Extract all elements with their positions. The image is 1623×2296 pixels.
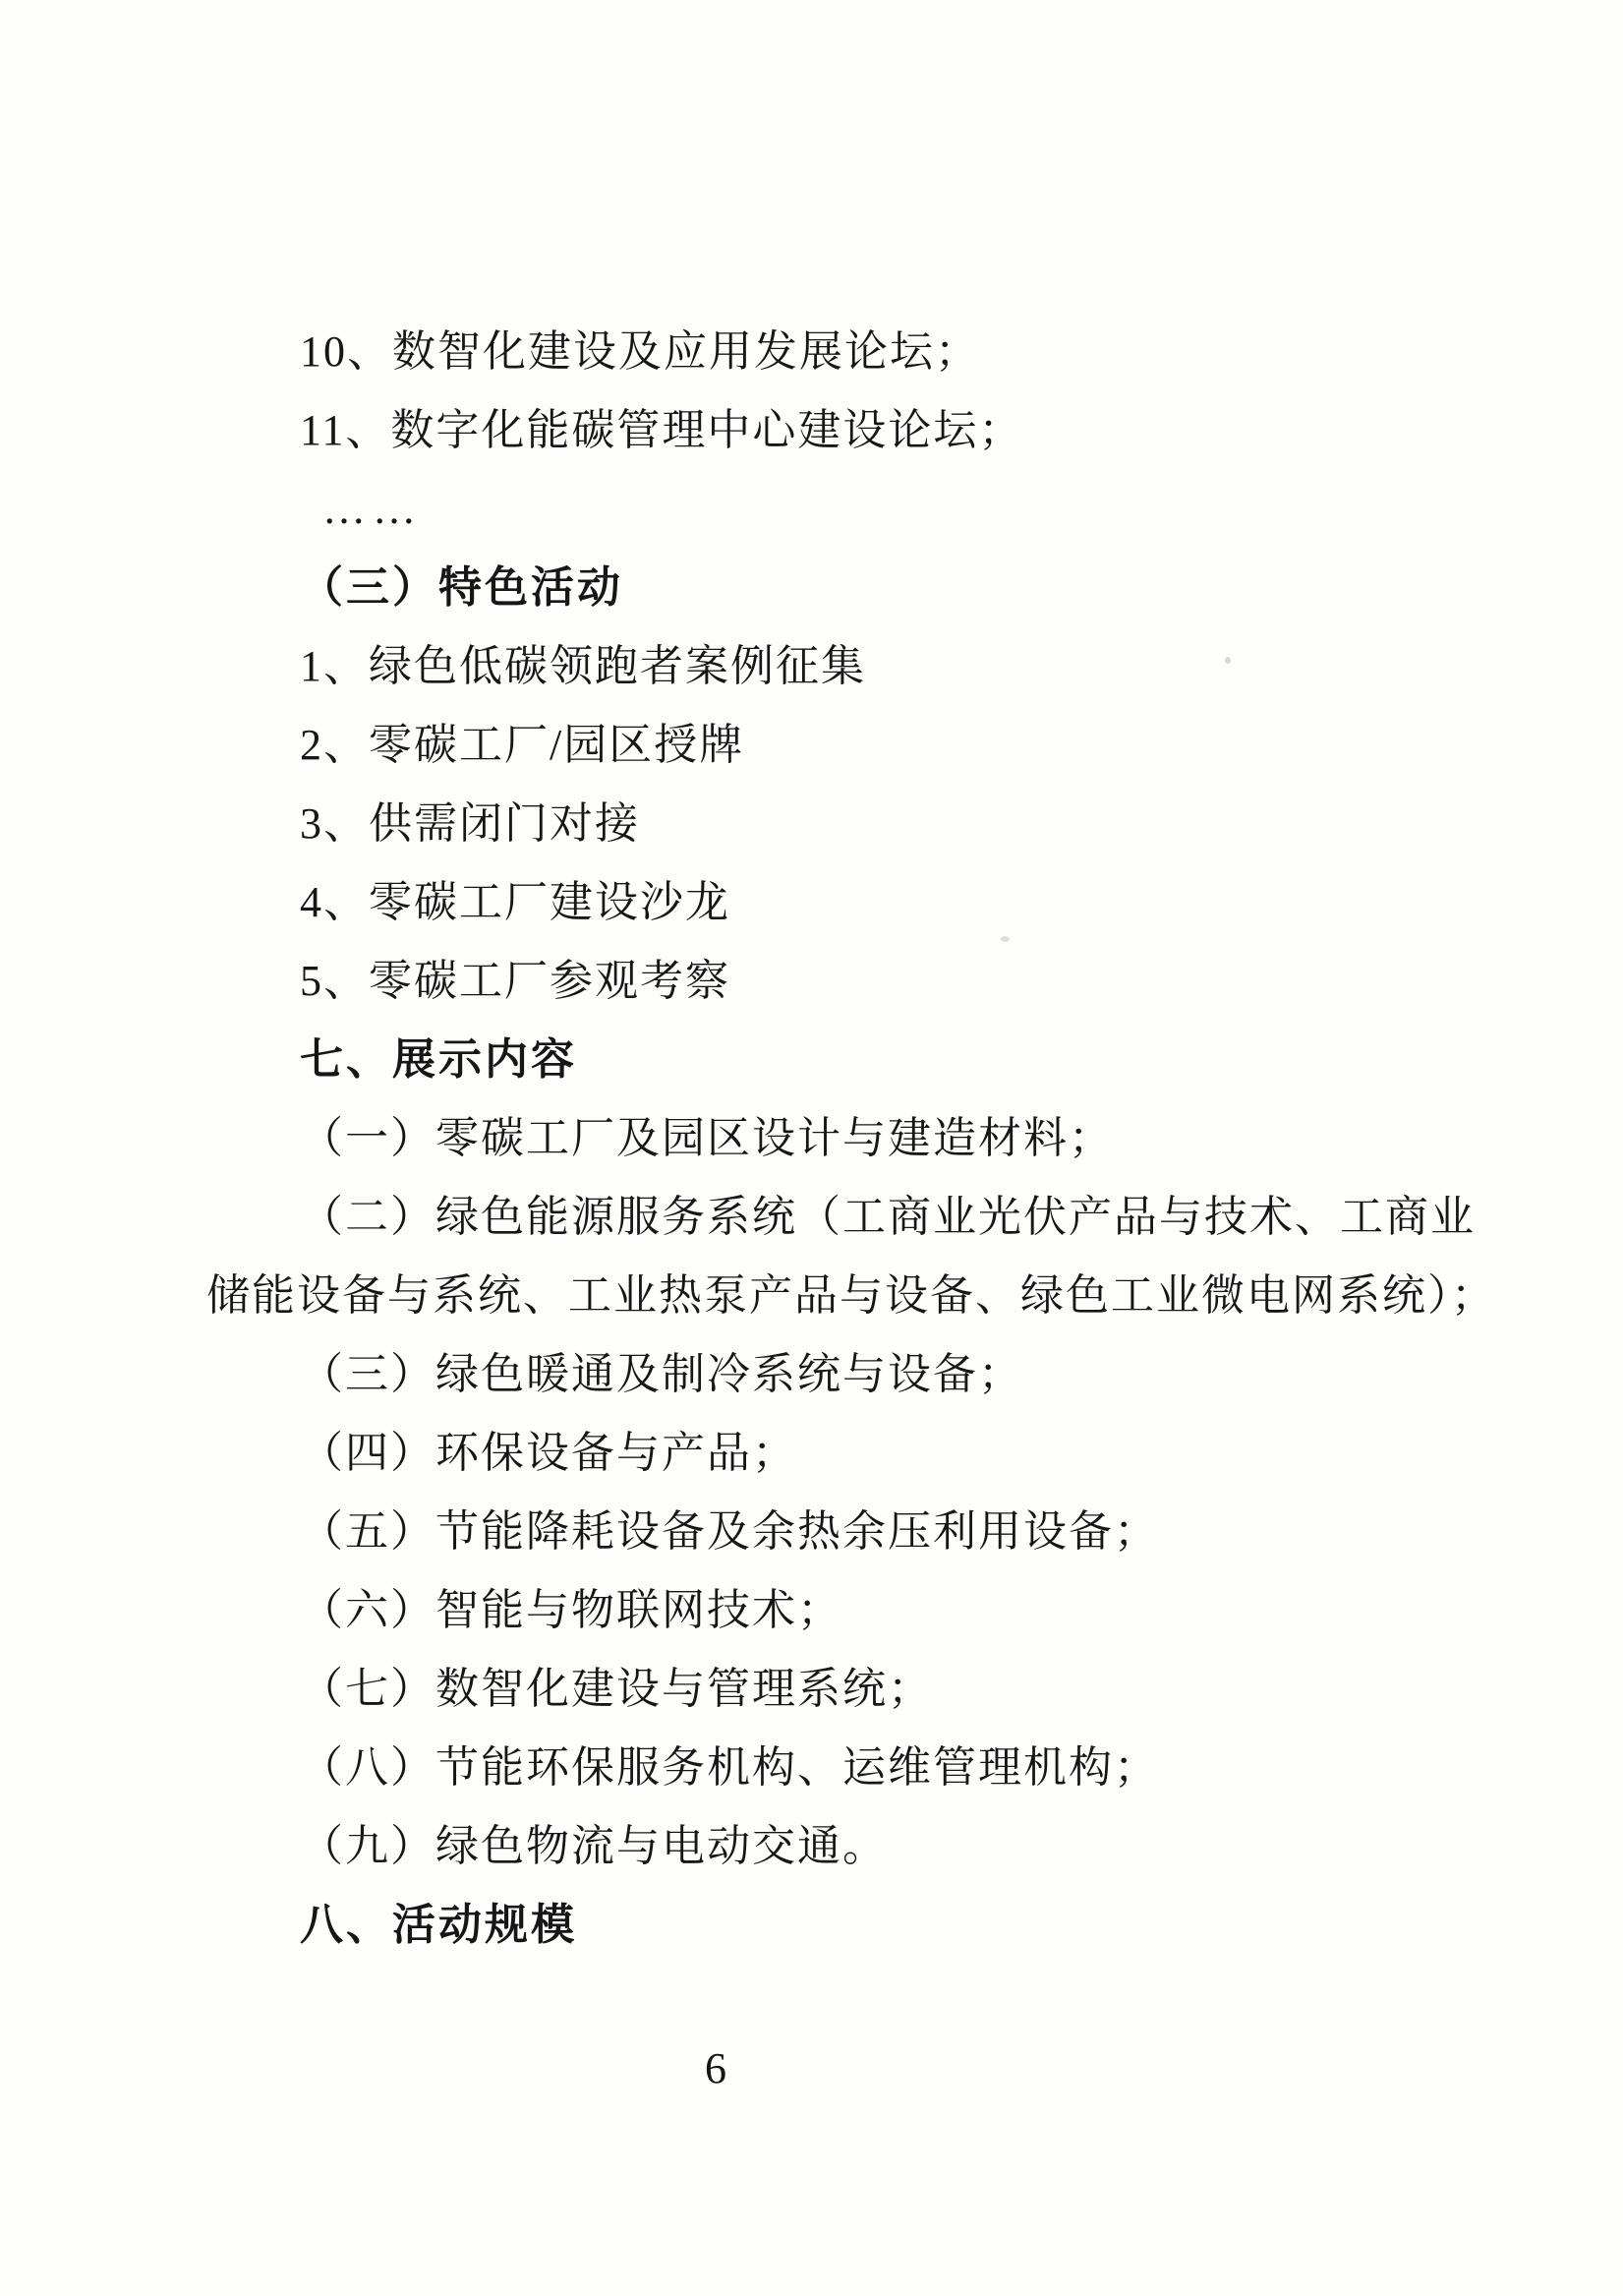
list-item-exhibit-8: （八）节能环保服务机构、运维管理机构； <box>206 1729 1440 1807</box>
section-heading-activity-scale: 八、活动规模 <box>206 1886 1440 1965</box>
section-heading-exhibition-content: 七、展示内容 <box>206 1021 1440 1099</box>
list-item-activity-5: 5、零碳工厂参观考察 <box>206 942 1440 1021</box>
scanned-document-page: { "doc": { "lines": [ { "text": "10、数智化建… <box>0 0 1623 2296</box>
list-item-exhibit-9: （九）绿色物流与电动交通。 <box>206 1807 1440 1886</box>
ellipsis: …… <box>206 470 1440 549</box>
list-item-activity-1: 1、绿色低碳领跑者案例征集 <box>206 627 1440 706</box>
list-item-exhibit-7: （七）数智化建设与管理系统； <box>206 1650 1440 1729</box>
subsection-heading-special-activities: （三）特色活动 <box>206 549 1440 627</box>
list-item-activity-4: 4、零碳工厂建设沙龙 <box>206 863 1440 942</box>
list-item-forum-11: 11、数字化能碳管理中心建设论坛； <box>206 391 1440 470</box>
scan-speck <box>1001 936 1010 942</box>
page-number: 6 <box>676 2037 755 2100</box>
list-item-exhibit-6: （六）智能与物联网技术； <box>206 1571 1440 1650</box>
list-item-exhibit-3: （三）绿色暖通及制冷系统与设备； <box>206 1335 1440 1414</box>
list-item-forum-10: 10、数智化建设及应用发展论坛； <box>206 313 1440 391</box>
document-text-block: 10、数智化建设及应用发展论坛； 11、数字化能碳管理中心建设论坛； …… （三… <box>206 313 1440 1965</box>
list-item-exhibit-2-continuation: 储能设备与系统、工业热泵产品与设备、绿色工业微电网系统）； <box>206 1257 1440 1335</box>
list-item-exhibit-2: （二）绿色能源服务系统（工商业光伏产品与技术、工商业 <box>206 1178 1440 1257</box>
list-item-exhibit-5: （五）节能降耗设备及余热余压利用设备； <box>206 1493 1440 1571</box>
list-item-exhibit-4: （四）环保设备与产品； <box>206 1414 1440 1493</box>
list-item-activity-2: 2、零碳工厂/园区授牌 <box>206 706 1440 785</box>
scan-speck <box>1225 657 1231 664</box>
list-item-activity-3: 3、供需闭门对接 <box>206 785 1440 863</box>
list-item-exhibit-1: （一）零碳工厂及园区设计与建造材料； <box>206 1099 1440 1178</box>
